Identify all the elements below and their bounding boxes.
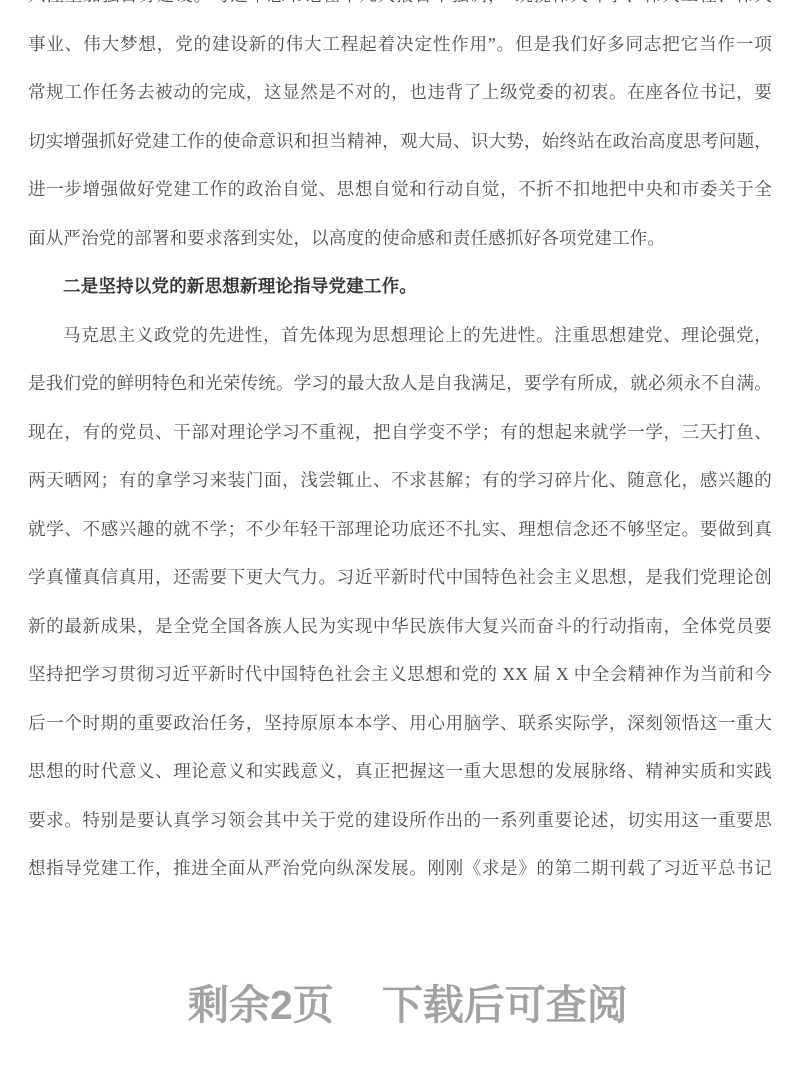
document-line: 就学、不感兴趣的就不学；不少年轻干部理论功底还不扎实、理想信念还不够坚定。要做到… [28, 505, 772, 554]
document-line: 新的最新成果，是全党全国各族人民为实现中华民族伟大复兴而奋斗的行动指南，全体党员… [28, 602, 772, 651]
pages-remaining-overlay: 剩余2页 下载后可查阅 [188, 981, 628, 1029]
section-heading: 二是坚持以党的新思想新理论指导党建工作。 [28, 262, 772, 311]
document-line: 进一步增强做好党建工作的政治自觉、思想自觉和行动自觉，不折不扣地把中央和市委关于… [28, 165, 772, 214]
download-hint-text: 下载后可查阅 [382, 981, 628, 1029]
document-line: 面从严治党的部署和要求落到实处，以高度的使命感和责任感抓好各项党建工作。 [28, 214, 772, 263]
document-line: 常规工作任务去被动的完成，这显然是不对的，也违背了上级党委的初衷。在座各位书记，… [28, 68, 772, 117]
document-line: 现在，有的党员、干部对理论学习不重视，把自学变不学；有的想起来就学一学，三天打鱼… [28, 408, 772, 457]
document-page: 兴注重加强自身建设。习近平总书记在十九大报告中强调，“统揽伟大斗争、伟大工程、伟… [0, 0, 800, 1084]
document-line-paragraph-start: 马克思主义政党的先进性，首先体现为思想理论上的先进性。注重思想建党、理论强党， [28, 311, 772, 360]
document-text-block: 兴注重加强自身建设。习近平总书记在十九大报告中强调，“统揽伟大斗争、伟大工程、伟… [28, 0, 772, 893]
document-line: 两天晒网；有的拿学习来装门面，浅尝辄止、不求甚解；有的学习碎片化、随意化，感兴趣… [28, 456, 772, 505]
document-line: 坚持把学习贯彻习近平新时代中国特色社会主义思想和党的 XX 届 X 中全会精神作… [28, 650, 772, 699]
document-line: 事业、伟大梦想，党的建设新的伟大工程起着决定性作用”。但是我们好多同志把它当作一… [28, 20, 772, 69]
document-line: 是我们党的鲜明特色和光荣传统。学习的最大敌人是自我满足，要学有所成，就必须永不自… [28, 359, 772, 408]
document-line-clipped: 兴注重加强自身建设。习近平总书记在十九大报告中强调，“统揽伟大斗争、伟大工程、伟… [28, 0, 772, 20]
document-line: 后一个时期的重要政治任务，坚持原原本本学、用心用脑学、联系实际学，深刻领悟这一重… [28, 699, 772, 748]
document-line: 切实增强抓好党建工作的使命意识和担当精神，观大局、识大势，始终站在政治高度思考问… [28, 117, 772, 166]
document-line: 要求。特别是要认真学习领会其中关于党的建设所作出的一系列重要论述，切实用这一重要… [28, 796, 772, 845]
document-line: 思想的时代意义、理论意义和实践意义，真正把握这一重大思想的发展脉络、精神实质和实… [28, 747, 772, 796]
document-line: 学真懂真信真用，还需要下更大气力。习近平新时代中国特色社会主义思想，是我们党理论… [28, 553, 772, 602]
remaining-pages-text: 剩余2页 [188, 981, 334, 1029]
document-line: 想指导党建工作，推进全面从严治党向纵深发展。刚刚《求是》的第二期刊载了习近平总书… [28, 844, 772, 893]
